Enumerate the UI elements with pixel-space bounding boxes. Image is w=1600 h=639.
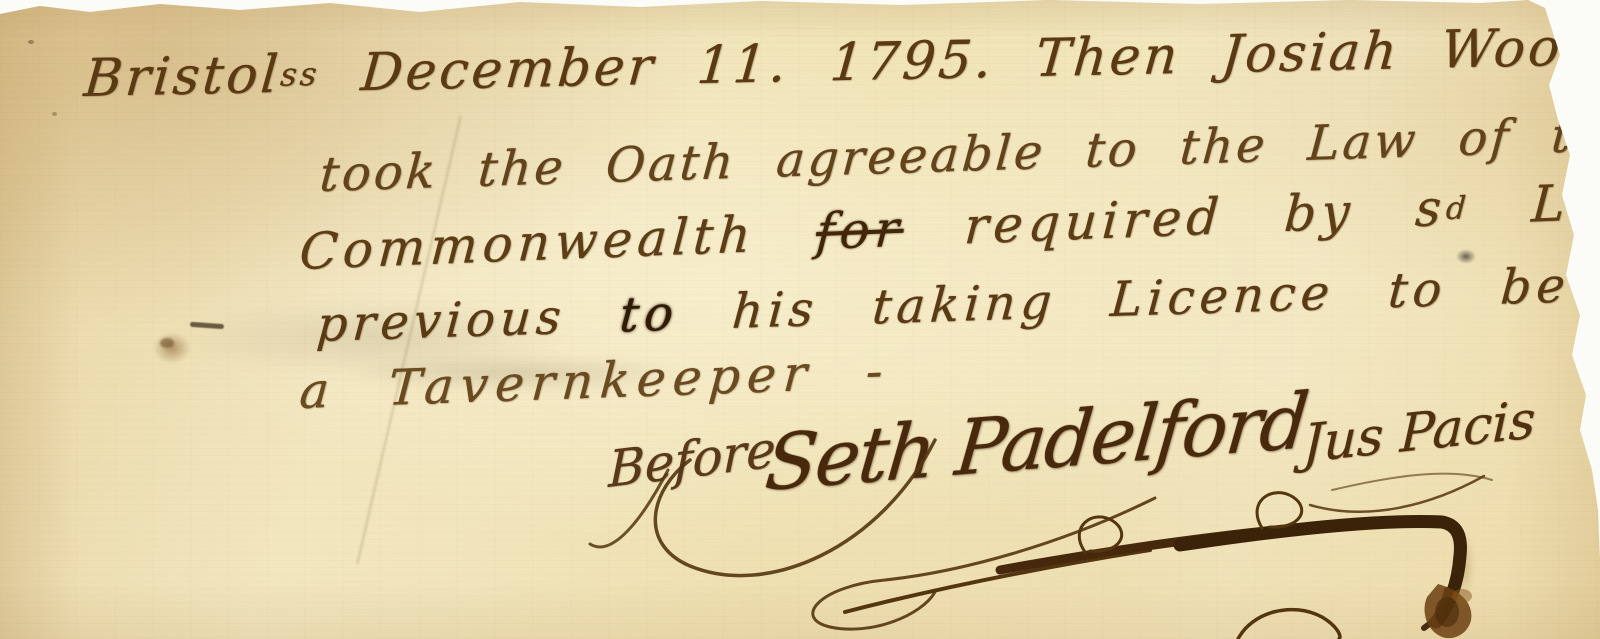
paper-sheet: Bristolss December 11. 1795. Then Josiah… [0,0,1600,639]
superscript-d: d [1445,190,1472,227]
scan-background: { "palette": { "backdrop": "#fbfbf8", "p… [0,0,1600,639]
line3-post: Law [1469,171,1600,236]
brown-stain [146,326,198,370]
stray-ink-dash [190,322,224,329]
text-line-tavernkeeper: a Tavernkeeper - [298,345,891,417]
paper-speck [28,40,34,44]
dateline-rest: December 11. 1795. Then Josiah Woodward [317,14,1600,104]
place-suffix-ss: ss [279,55,321,94]
line4-post: his taking Licence to be [676,257,1572,341]
struck-word: for [814,200,905,262]
word-place: Bristol [82,45,283,109]
ink-bleed [1448,520,1478,610]
brown-stain-dot [160,338,174,348]
justice-title: Jus Pacis [1302,393,1536,473]
blotted-word: to [618,285,680,343]
line4-pre: previous [315,287,622,353]
ink-blot [1425,584,1472,638]
document-scan: Bristolss December 11. 1795. Then Josiah… [0,0,1600,639]
paper-speck [52,112,57,116]
text-line-previous: previous to his taking Licence to be [315,260,1572,350]
attestation-word: Before [608,423,776,497]
line3-pre: Commonwealth [298,203,818,281]
line3-mid: required by s [902,179,1448,258]
text-line-dateline: Bristolss December 11. 1795. Then Josiah… [82,17,1600,106]
